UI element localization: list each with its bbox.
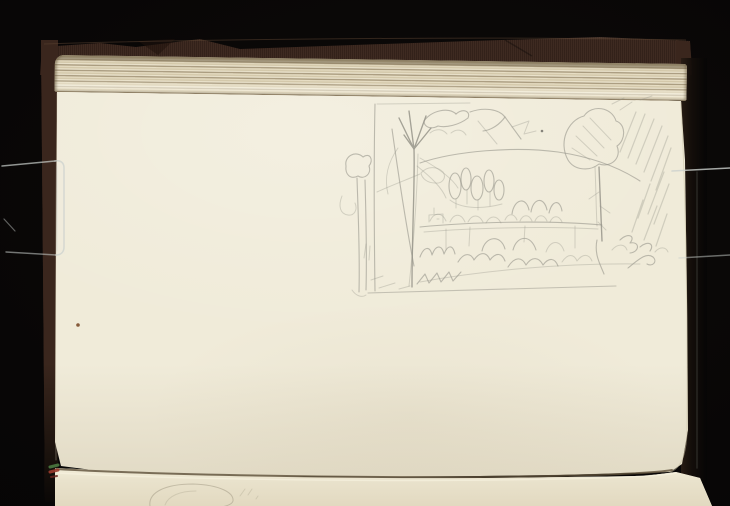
binding-threads: [50, 465, 58, 477]
next-page-sketch: [150, 484, 258, 506]
pencil-sketch: [340, 96, 671, 296]
cover-highlight: [44, 38, 686, 56]
right-page-clip: [672, 168, 730, 468]
photo-overlay: [0, 0, 730, 506]
paper-specks: [76, 130, 543, 327]
sketchbook-photo: [0, 0, 730, 506]
